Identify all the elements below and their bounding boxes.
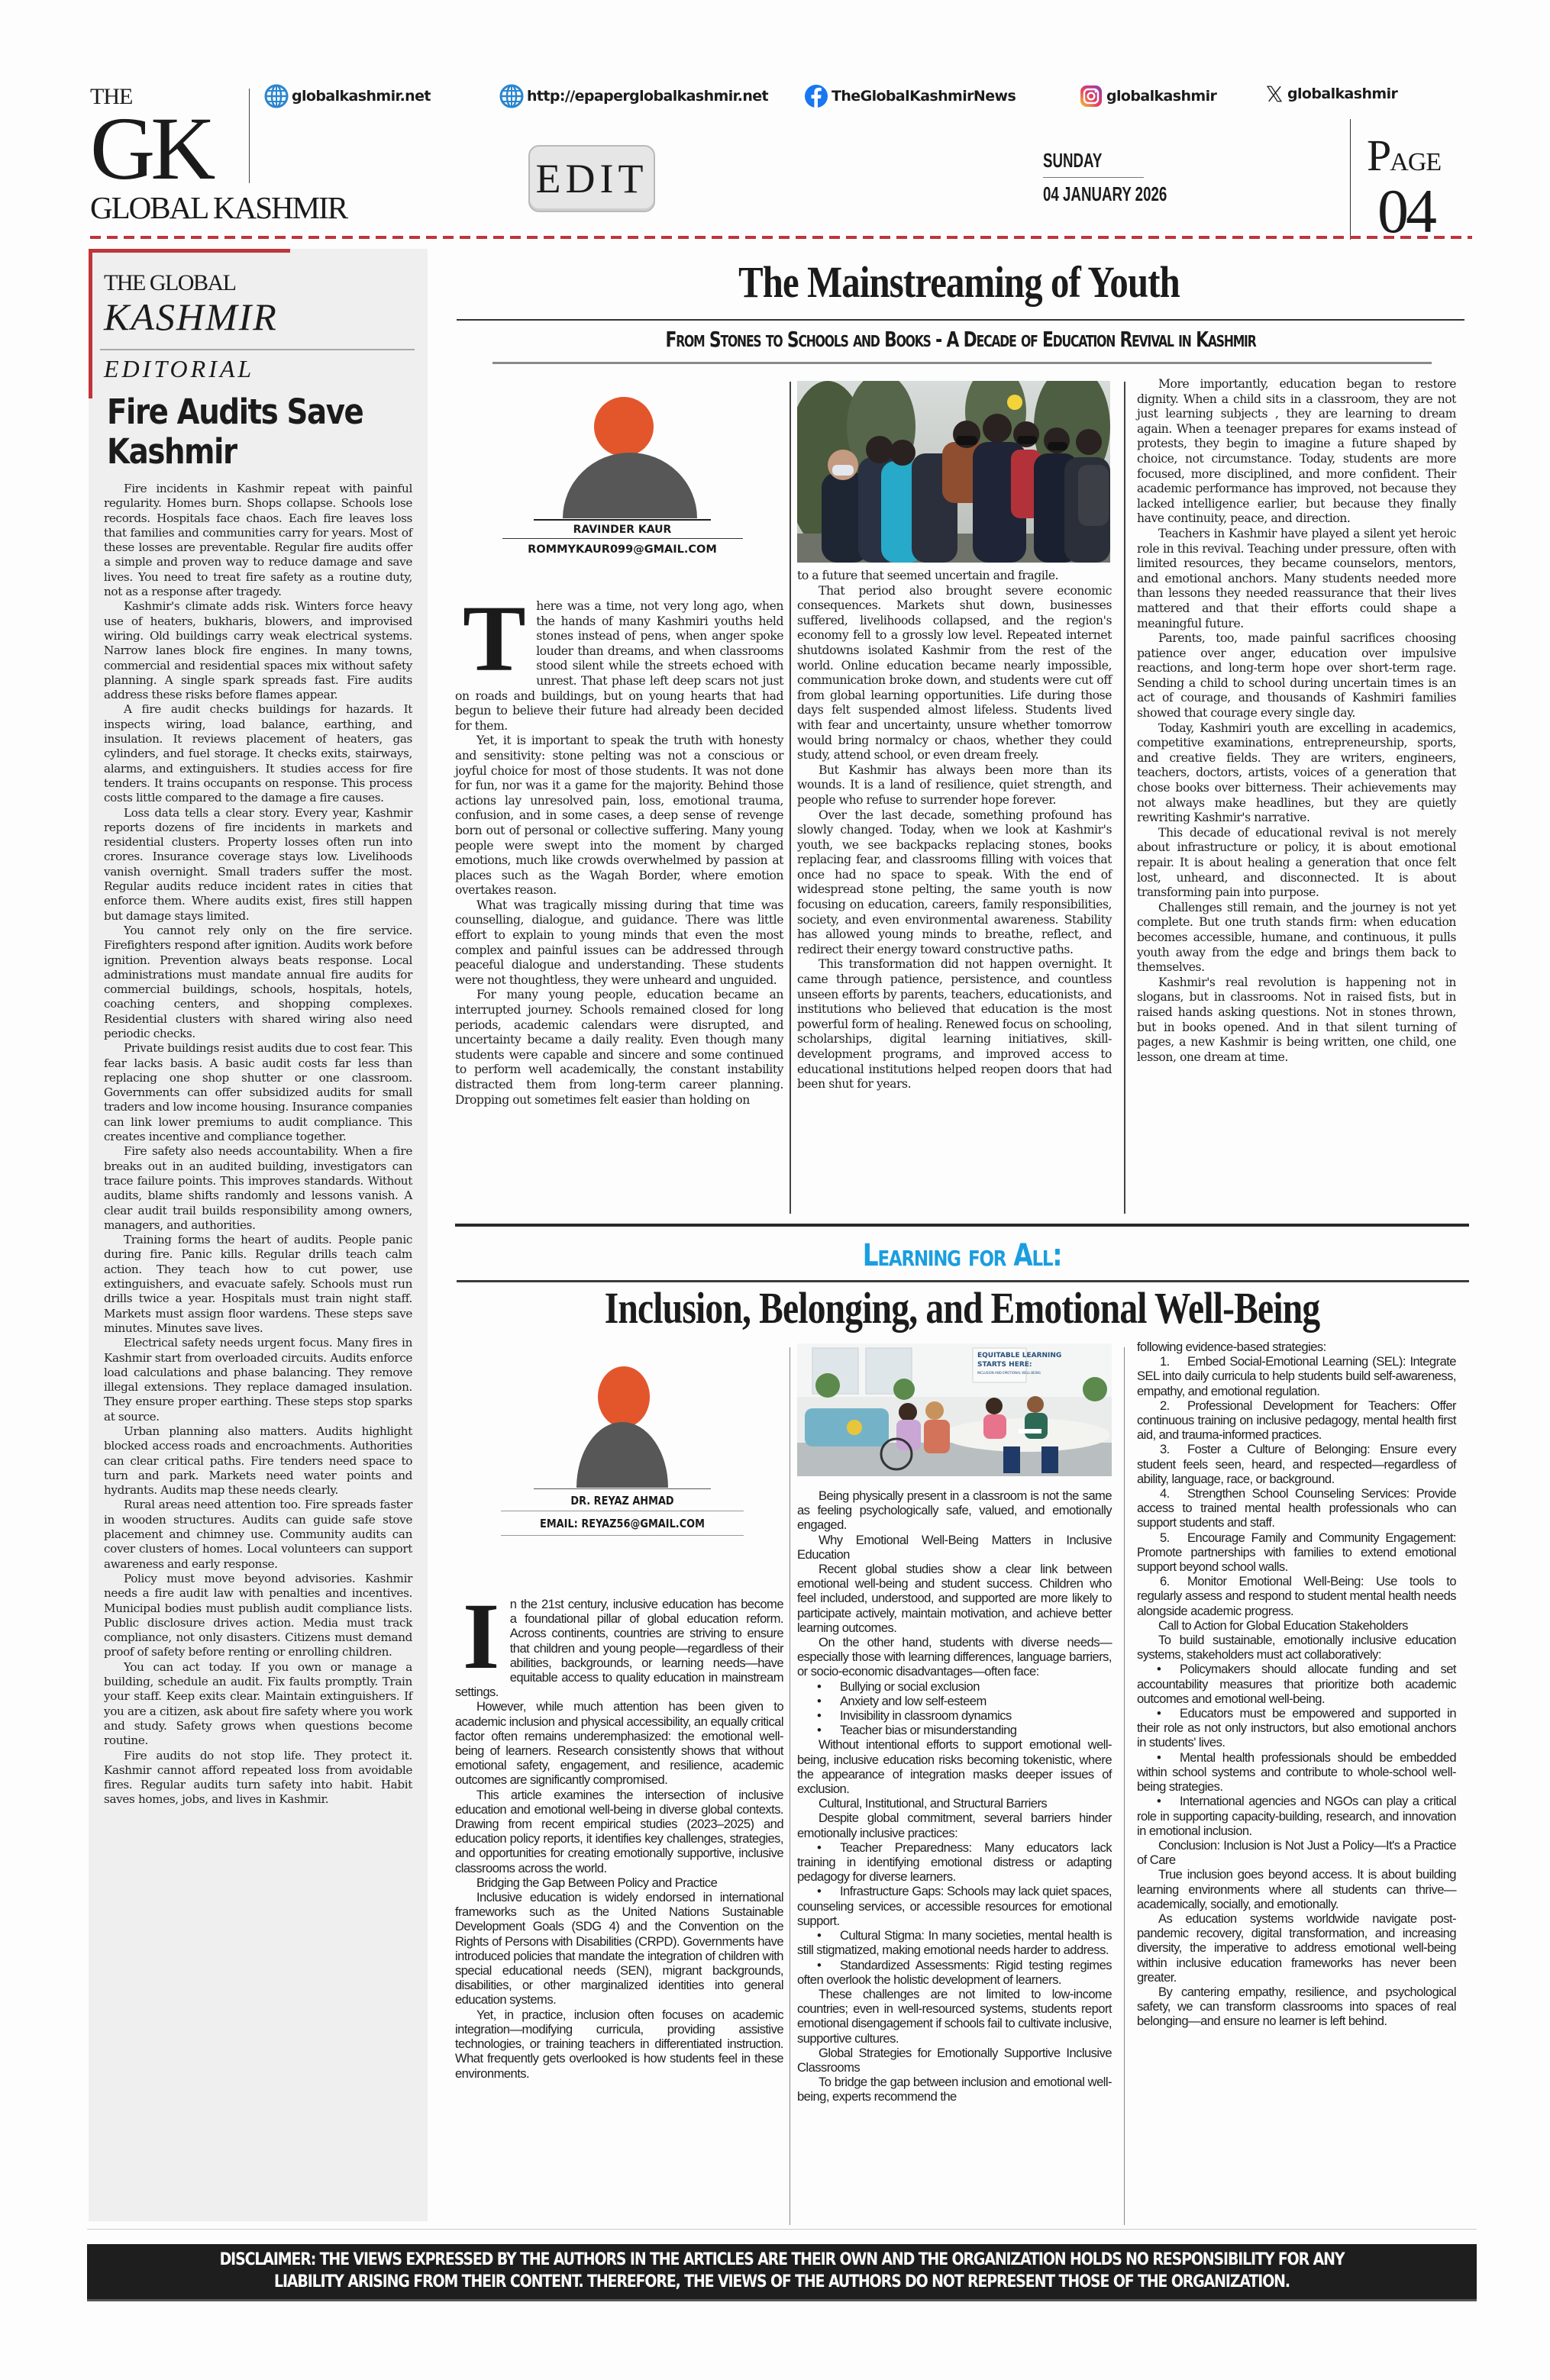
article1-subheadline-rule	[492, 362, 1432, 364]
paragraph: following evidence-based strategies:	[1137, 1340, 1456, 1354]
paragraph: Despite global commitment, several barri…	[797, 1811, 1112, 1840]
paragraph: Fire audits do not stop life. They prote…	[104, 1749, 412, 1808]
paragraph: Inclusive education is widely endorsed i…	[455, 1890, 783, 2008]
paragraph-text: You can act today. If you own or manage …	[104, 1660, 412, 1747]
page-word-initial: P	[1367, 131, 1390, 180]
bullet-text: Bullying or social exclusion	[840, 1679, 980, 1694]
paragraph-text: Over the last decade, something profound…	[797, 808, 1112, 956]
paragraph: But Kashmir has always been more than it…	[797, 763, 1112, 808]
article1-column-1: There was a time, not very long ago, whe…	[455, 599, 783, 1108]
paragraph: What was tragically missing during that …	[455, 898, 783, 988]
byline-rule	[534, 1488, 711, 1489]
paragraph: Training forms the heart of audits. Peop…	[104, 1233, 412, 1336]
paragraph-text: Being physically present in a classroom …	[797, 1488, 1112, 1532]
section-divider	[455, 1224, 1469, 1227]
paragraph: Being physically present in a classroom …	[797, 1488, 1112, 1533]
byline-rule	[502, 538, 743, 539]
paragraph: Fire incidents in Kashmir repeat with pa…	[104, 482, 412, 599]
paragraph-text: However, while much attention has been g…	[455, 1699, 783, 1787]
issue-date: 04 JANUARY 2026	[1043, 182, 1116, 206]
paragraph: Bridging the Gap Between Policy and Prac…	[455, 1875, 783, 1890]
editorial-brand-line2: KASHMIR	[104, 298, 278, 336]
column-rule	[790, 1347, 790, 2225]
students-photo-icon	[797, 381, 1110, 563]
instagram-link-label: globalkashmir	[1106, 88, 1216, 105]
author-avatar	[546, 397, 699, 519]
bullet-item: •Teacher bias or misunderstanding	[797, 1723, 1112, 1737]
paragraph-text: Electrical safety needs urgent focus. Ma…	[104, 1336, 412, 1423]
paragraph-text: More importantly, education began to res…	[1137, 377, 1456, 525]
paragraph: As education systems worldwide navigate …	[1137, 1911, 1456, 1985]
paragraph: Urban planning also matters. Audits high…	[104, 1424, 412, 1498]
paragraph: Call to Action for Global Education Stak…	[1137, 1618, 1456, 1633]
column-rule	[1124, 382, 1125, 1214]
globe-icon	[264, 84, 289, 108]
bullet-icon: •	[797, 1840, 840, 1855]
classroom-photo-icon: EQUITABLE LEARNING STARTS HERE: INCLUSIO…	[797, 1343, 1112, 1476]
facebook-link-label: TheGlobalKashmirNews	[832, 88, 1016, 105]
paragraph-text: Kashmir's climate adds risk. Winters for…	[104, 599, 412, 701]
author-name: DR. REYAZ AHMAD	[481, 1494, 764, 1508]
column-rule	[790, 382, 791, 1214]
author-avatar	[554, 1366, 691, 1488]
paragraph-text: A fire audit checks buildings for hazard…	[104, 702, 412, 805]
numbered-item: 3.Foster a Culture of Belonging: Ensure …	[1137, 1442, 1456, 1486]
paragraph-text: Recent global studies show a clear link …	[797, 1562, 1112, 1635]
paragraph-text: By cantering empathy, resilience, and ps…	[1137, 1985, 1456, 2028]
list-number: 3.	[1137, 1442, 1187, 1456]
epaper-link-label: http://epaperglobalkashmir.net	[527, 88, 768, 105]
article2-headline: Inclusion, Belonging, and Emotional Well…	[547, 1282, 1378, 1334]
editorial-accent-bar-left	[89, 249, 92, 398]
paragraph-text: Conclusion: Inclusion is Not Just a Poli…	[1137, 1838, 1456, 1867]
globe-icon	[499, 84, 524, 108]
article1-headline-rule	[457, 319, 1464, 321]
paragraph-text: On the other hand, students with diverse…	[797, 1635, 1112, 1679]
paragraph-text: As education systems worldwide navigate …	[1137, 1911, 1456, 1985]
paragraph-text: Without intentional efforts to support e…	[797, 1737, 1112, 1796]
drop-cap: T	[463, 602, 525, 676]
disclaimer-underline	[87, 2299, 1477, 2301]
paragraph-text: These challenges are not limited to low-…	[797, 1987, 1112, 2046]
bullet-icon: •	[1137, 1794, 1180, 1808]
avatar-body-icon	[563, 453, 697, 518]
bullet-icon: •	[797, 1928, 840, 1943]
numbered-item: 6.Monitor Emotional Well-Being: Use tool…	[1137, 1574, 1456, 1618]
article2-photo-classroom: EQUITABLE LEARNING STARTS HERE: INCLUSIO…	[797, 1343, 1112, 1476]
article1-photo-students	[797, 381, 1110, 563]
page-divider	[1350, 119, 1351, 240]
byline-rule	[534, 519, 711, 521]
bullet-icon: •	[1137, 1750, 1180, 1765]
paragraph-text: You cannot rely only on the fire service…	[104, 924, 412, 1040]
paragraph: You cannot rely only on the fire service…	[104, 924, 412, 1041]
article1-column-3: More importantly, education began to res…	[1137, 377, 1456, 1065]
numbered-item: 5.Encourage Family and Community Engagem…	[1137, 1530, 1456, 1575]
paragraph-text: To build sustainable, emotionally inclus…	[1137, 1633, 1456, 1662]
paragraph: to a future that seemed uncertain and fr…	[797, 569, 1112, 584]
bullet-item: •Invisibility in classroom dynamics	[797, 1708, 1112, 1723]
website-link-label: globalkashmir.net	[292, 88, 431, 105]
paragraph-text: Rural areas need attention too. Fire spr…	[104, 1498, 412, 1570]
list-number: 1.	[1137, 1354, 1187, 1369]
numbered-item: 4.Strengthen School Counseling Services:…	[1137, 1486, 1456, 1530]
avatar-head-icon	[598, 1366, 650, 1427]
list-number: 5.	[1137, 1530, 1187, 1545]
footer-rule	[87, 2229, 1477, 2230]
bullet-item: •Mental health professionals should be e…	[1137, 1750, 1456, 1795]
paragraph-text: Policy must move beyond advisories. Kash…	[104, 1572, 412, 1659]
paragraph-text: That period also brought severe economic…	[797, 584, 1112, 763]
author-email[interactable]: EMAIL: REYAZ56@GMAIL.COM	[481, 1517, 764, 1530]
paragraph: Fire safety also needs accountability. W…	[104, 1144, 412, 1233]
paragraph-text: Training forms the heart of audits. Peop…	[104, 1233, 412, 1335]
article2-column-2: Being physically present in a classroom …	[797, 1488, 1112, 2104]
author-email[interactable]: ROMMYKAUR099@GMAIL.COM	[458, 543, 786, 556]
bullet-item: •Infrastructure Gaps: Schools may lack q…	[797, 1884, 1112, 1928]
paragraph-text: This decade of educational revival is no…	[1137, 826, 1456, 899]
paragraph: Loss data tells a clear story. Every yea…	[104, 806, 412, 924]
bullet-text: Infrastructure Gaps: Schools may lack qu…	[797, 1884, 1112, 1927]
paragraph-text: Kashmir's real revolution is happening n…	[1137, 976, 1456, 1064]
editorial-brand: THE GLOBAL KASHMIR EDITORIAL	[104, 272, 278, 336]
bullet-text: Educators must be empowered and supporte…	[1137, 1706, 1456, 1750]
instagram-link[interactable]: globalkashmir	[1079, 84, 1216, 108]
page-indicator: PAGE 04	[1367, 134, 1441, 239]
paragraph: Global Strategies for Emotionally Suppor…	[797, 2046, 1112, 2075]
paragraph-text: Challenges still remain, and the journey…	[1137, 901, 1456, 974]
paragraph-text: Despite global commitment, several barri…	[797, 1811, 1112, 1840]
paragraph-text: This article examines the intersection o…	[455, 1788, 783, 1875]
epaper-link[interactable]: http://epaperglobalkashmir.net	[499, 84, 768, 108]
article1-column-2: to a future that seemed uncertain and fr…	[797, 569, 1112, 1092]
bullet-item: •Standardized Assessments: Rigid testing…	[797, 1958, 1112, 1987]
editorial-accent-bar	[89, 249, 290, 253]
paragraph-text: Yet, it is important to speak the truth …	[455, 734, 783, 897]
paragraph: By cantering empathy, resilience, and ps…	[1137, 1985, 1456, 2029]
paragraph-text: n the 21st century, inclusive education …	[455, 1597, 783, 1699]
bullet-text: Mental health professionals should be em…	[1137, 1750, 1456, 1794]
paragraph-text: For many young people, education became …	[455, 988, 783, 1106]
bullet-icon: •	[797, 1884, 840, 1898]
disclaimer-line2: LIABILITY ARISING FROM THEIR CONTENT. TH…	[184, 2271, 1379, 2293]
paragraph-text: Why Emotional Well-Being Matters in Incl…	[797, 1533, 1112, 1562]
article2-column-3: following evidence-based strategies:1.Em…	[1137, 1340, 1456, 2029]
paragraph-text: Urban planning also matters. Audits high…	[104, 1424, 412, 1497]
date-rule	[1043, 177, 1144, 178]
paragraph: Policy must move beyond advisories. Kash…	[104, 1572, 412, 1660]
article2-byline: DR. REYAZ AHMAD EMAIL: REYAZ56@GMAIL.COM	[458, 1366, 786, 1536]
paragraph: Conclusion: Inclusion is Not Just a Poli…	[1137, 1838, 1456, 1867]
bullet-text: Teacher bias or misunderstanding	[840, 1723, 1016, 1737]
bullet-item: •Teacher Preparedness: Many educators la…	[797, 1840, 1112, 1885]
logo-divider	[249, 89, 250, 183]
bullet-text: Cultural Stigma: In many societies, ment…	[797, 1928, 1112, 1957]
x-link-label: globalkashmir	[1287, 85, 1397, 102]
editorial-brand-line3: EDITORIAL	[104, 355, 254, 383]
paragraph-text: This transformation did not happen overn…	[797, 957, 1112, 1091]
paragraph: To build sustainable, emotionally inclus…	[1137, 1633, 1456, 1662]
paragraph: Rural areas need attention too. Fire spr…	[104, 1498, 412, 1571]
numbered-item: 2.Professional Development for Teachers:…	[1137, 1398, 1456, 1443]
article1-byline: RAVINDER KAUR ROMMYKAUR099@GMAIL.COM	[458, 397, 786, 556]
paragraph-text: To bridge the gap between inclusion and …	[797, 2075, 1112, 2104]
paragraph-text: Parents, too, made painful sacrifices ch…	[1137, 631, 1456, 720]
paragraph: This decade of educational revival is no…	[1137, 826, 1456, 901]
bullet-item: •Cultural Stigma: In many societies, men…	[797, 1928, 1112, 1957]
bullet-icon: •	[797, 1679, 840, 1694]
issue-day: SUNDAY	[1043, 149, 1116, 173]
numbered-item: 1.Embed Social-Emotional Learning (SEL):…	[1137, 1354, 1456, 1398]
paragraph: This transformation did not happen overn…	[797, 957, 1112, 1092]
website-link[interactable]: globalkashmir.net	[264, 84, 431, 108]
paragraph: Yet, it is important to speak the truth …	[455, 734, 783, 898]
article1-subheadline: From Stones to Schools and Books - A Dec…	[567, 327, 1354, 352]
bullet-icon: •	[797, 1723, 840, 1737]
paragraph: Over the last decade, something profound…	[797, 808, 1112, 958]
paragraph-text: Call to Action for Global Education Stak…	[1158, 1618, 1408, 1633]
paragraph-text: Bridging the Gap Between Policy and Prac…	[476, 1875, 717, 1890]
editorial-title: Fire Audits Save Kashmir	[107, 392, 370, 472]
paragraph-text: True inclusion goes beyond access. It is…	[1137, 1867, 1456, 1911]
editorial-brand-rule	[100, 349, 415, 350]
bullet-icon: •	[797, 1708, 840, 1723]
editorial-body: Fire incidents in Kashmir repeat with pa…	[104, 482, 412, 1808]
paragraph-text: What was tragically missing during that …	[455, 898, 783, 987]
paragraph-text: Fire safety also needs accountability. W…	[104, 1144, 412, 1231]
paragraph-text: Private buildings resist audits due to c…	[104, 1041, 412, 1143]
page-number: 04	[1377, 184, 1441, 239]
paragraph-text: Today, Kashmiri youth are excelling in a…	[1137, 721, 1456, 825]
paragraph: These challenges are not limited to low-…	[797, 1987, 1112, 2046]
facebook-icon	[804, 84, 828, 108]
bullet-text: Teacher Preparedness: Many educators lac…	[797, 1840, 1112, 1884]
bullet-text: Standardized Assessments: Rigid testing …	[797, 1958, 1112, 1987]
bullet-icon: •	[797, 1694, 840, 1708]
paragraph-text: Loss data tells a clear story. Every yea…	[104, 806, 412, 923]
list-number: 6.	[1137, 1574, 1187, 1588]
author-name: RAVINDER KAUR	[458, 524, 786, 536]
paragraph: Kashmir's climate adds risk. Winters for…	[104, 599, 412, 702]
bullet-item: •Policymakers should allocate funding an…	[1137, 1662, 1456, 1706]
paragraph: Without intentional efforts to support e…	[797, 1737, 1112, 1796]
paragraph: A fire audit checks buildings for hazard…	[104, 702, 412, 805]
avatar-head-icon	[594, 397, 654, 456]
paragraph-text: Teachers in Kashmir have played a silent…	[1137, 527, 1456, 630]
bullet-item: •International agencies and NGOs can pla…	[1137, 1794, 1456, 1838]
paragraph: Cultural, Institutional, and Structural …	[797, 1796, 1112, 1811]
paragraph-text: Fire incidents in Kashmir repeat with pa…	[104, 482, 412, 598]
article2-column-1: In the 21st century, inclusive education…	[455, 1597, 783, 2081]
paragraph: Recent global studies show a clear link …	[797, 1562, 1112, 1635]
paragraph: Yet, in practice, inclusion often focuse…	[455, 2008, 783, 2081]
photo-sign-line3: INCLUSION AND EMOTIONAL WELL-BEING	[977, 1371, 1041, 1375]
paragraph: More importantly, education began to res…	[1137, 377, 1456, 527]
paragraph-text: Global Strategies for Emotionally Suppor…	[797, 2046, 1112, 2075]
bullet-text: Anxiety and low self-esteem	[840, 1694, 987, 1708]
bullet-icon: •	[797, 1958, 840, 1972]
paragraph: That period also brought severe economic…	[797, 584, 1112, 763]
instagram-icon	[1079, 84, 1103, 108]
gk-logo[interactable]: THE GK GLOBAL KASHMIR	[90, 85, 273, 224]
paragraph: To bridge the gap between inclusion and …	[797, 2075, 1112, 2104]
paragraph: Why Emotional Well-Being Matters in Incl…	[797, 1533, 1112, 1562]
bullet-item: •Bullying or social exclusion	[797, 1679, 1112, 1694]
masthead-dashed-rule	[90, 236, 1472, 239]
paragraph: This article examines the intersection o…	[455, 1788, 783, 1875]
paragraph: On the other hand, students with diverse…	[797, 1635, 1112, 1679]
paragraph: For many young people, education became …	[455, 988, 783, 1108]
paragraph: In the 21st century, inclusive education…	[455, 1597, 783, 1699]
paragraph: Challenges still remain, and the journey…	[1137, 901, 1456, 976]
x-link[interactable]: globalkashmir	[1264, 84, 1397, 104]
disclaimer-line1: DISCLAIMER: THE VIEWS EXPRESSED BY THE A…	[184, 2249, 1379, 2271]
byline-rule	[501, 1511, 744, 1511]
logo-name: GLOBAL KASHMIR	[90, 191, 273, 224]
paragraph: Kashmir's real revolution is happening n…	[1137, 976, 1456, 1066]
editorial-column: THE GLOBAL KASHMIR EDITORIAL Fire Audits…	[89, 249, 428, 2221]
paragraph-text: But Kashmir has always been more than it…	[797, 763, 1112, 807]
paragraph: Today, Kashmiri youth are excelling in a…	[1137, 721, 1456, 826]
paragraph: There was a time, not very long ago, whe…	[455, 599, 783, 734]
paragraph: You can act today. If you own or manage …	[104, 1660, 412, 1749]
list-number: 2.	[1137, 1398, 1187, 1413]
paragraph-text: following evidence-based strategies:	[1137, 1340, 1326, 1354]
paragraph: True inclusion goes beyond access. It is…	[1137, 1867, 1456, 1911]
paragraph-text: Cultural, Institutional, and Structural …	[819, 1796, 1047, 1811]
paragraph: Parents, too, made painful sacrifices ch…	[1137, 631, 1456, 721]
drop-cap: I	[463, 1600, 499, 1673]
logo-gk: GK	[90, 111, 273, 186]
bullet-text: Invisibility in classroom dynamics	[840, 1708, 1012, 1723]
bullet-icon: •	[1137, 1662, 1180, 1676]
paragraph-text: Fire audits do not stop life. They prote…	[104, 1749, 412, 1807]
byline-rule	[501, 1535, 744, 1536]
bullet-text: International agencies and NGOs can play…	[1137, 1794, 1456, 1837]
bullet-text: Policymakers should allocate funding and…	[1137, 1662, 1456, 1705]
paragraph: Private buildings resist audits due to c…	[104, 1041, 412, 1144]
article1-headline: The Mainstreaming of Youth	[536, 256, 1383, 308]
section-label-edit: EDIT	[528, 145, 655, 212]
date-block: SUNDAY 04 JANUARY 2026	[1043, 149, 1144, 206]
avatar-body-icon	[576, 1422, 668, 1488]
bullet-item: •Anxiety and low self-esteem	[797, 1694, 1112, 1708]
column-rule	[1124, 1347, 1125, 2225]
masthead: THE GK GLOBAL KASHMIR globalkashmir.net …	[90, 84, 1472, 240]
paragraph: Electrical safety needs urgent focus. Ma…	[104, 1336, 412, 1424]
bullet-item: •Educators must be empowered and support…	[1137, 1706, 1456, 1750]
disclaimer-banner: DISCLAIMER: THE VIEWS EXPRESSED BY THE A…	[87, 2244, 1477, 2299]
page-word-rest: AGE	[1390, 148, 1441, 176]
photo-sign-line2: STARTS HERE:	[977, 1361, 1032, 1369]
paragraph: However, while much attention has been g…	[455, 1699, 783, 1787]
paragraph: Teachers in Kashmir have played a silent…	[1137, 527, 1456, 631]
editorial-brand-line1: THE GLOBAL	[104, 272, 278, 295]
bullet-icon: •	[1137, 1706, 1180, 1721]
paragraph-text: to a future that seemed uncertain and fr…	[797, 569, 1058, 582]
article2-kicker: Learning for All:	[547, 1238, 1378, 1273]
paragraph-text: Yet, in practice, inclusion often focuse…	[455, 2008, 783, 2081]
photo-sign-line1: EQUITABLE LEARNING	[977, 1352, 1061, 1359]
list-number: 4.	[1137, 1486, 1187, 1501]
facebook-link[interactable]: TheGlobalKashmirNews	[804, 84, 1016, 108]
paragraph-text: Inclusive education is widely endorsed i…	[455, 1890, 783, 2007]
x-icon	[1264, 84, 1284, 104]
